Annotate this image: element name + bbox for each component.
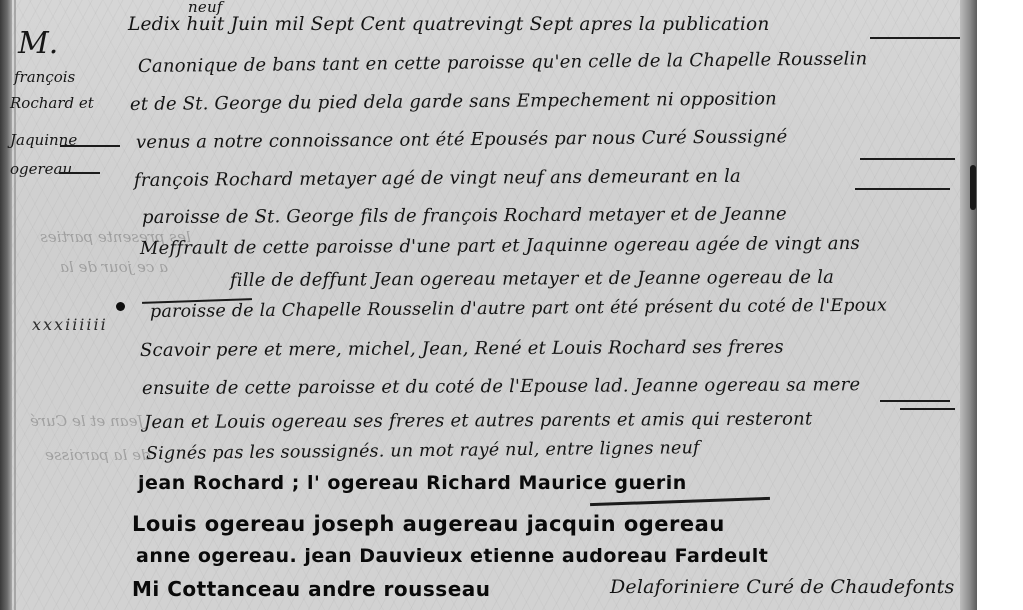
line-end-rule bbox=[870, 37, 960, 39]
register-line-1: Ledix huit Juin mil Sept Cent quatreving… bbox=[128, 14, 770, 35]
bleed-through-text: de la paroisse bbox=[45, 446, 151, 464]
register-line-12: Jean et Louis ogereau ses freres et autr… bbox=[144, 409, 812, 433]
page-binding-edge bbox=[0, 0, 12, 610]
register-line-4: venus a notre connoissance ont été Epous… bbox=[136, 126, 788, 153]
signature-flourish bbox=[590, 497, 770, 506]
margin-entry-letter: M. bbox=[18, 26, 58, 61]
margin-underline bbox=[60, 172, 100, 174]
register-line-6: paroisse de St. George fils de françois … bbox=[142, 204, 787, 228]
register-line-3: et de St. George du pied dela garde sans… bbox=[130, 88, 777, 115]
bleed-through-text: Jean et le Curé bbox=[30, 412, 144, 430]
register-line-8: fille de deffunt Jean ogereau metayer et… bbox=[230, 267, 834, 291]
signature-line-3: anne ogereau. jean Dauvieux etienne audo… bbox=[136, 545, 768, 567]
register-line-5: françois Rochard metayer agé de vingt ne… bbox=[134, 166, 741, 191]
register-line-13: Signés pas les soussignés. un mot rayé n… bbox=[146, 438, 700, 464]
signature-line-5: Delaforiniere Curé de Chaudefonts bbox=[610, 576, 954, 598]
margin-bleed-marks: xxxiiiiii bbox=[32, 315, 108, 334]
bleed-through-text: a ce jour de la bbox=[60, 258, 168, 276]
line-end-rule bbox=[855, 188, 950, 190]
page-right-edge bbox=[960, 0, 977, 610]
margin-name-line: ogereau bbox=[10, 160, 72, 178]
ink-dot bbox=[116, 302, 125, 311]
register-line-11: ensuite de cette paroisse et du coté de … bbox=[142, 374, 860, 399]
register-line-2: Canonique de bans tant en cette paroisse… bbox=[138, 48, 868, 77]
ink-blot bbox=[970, 165, 976, 210]
margin-name-line: françois bbox=[14, 68, 75, 86]
line-end-rule bbox=[900, 408, 955, 410]
register-line-9: paroisse de la Chapelle Rousselin d'autr… bbox=[150, 296, 887, 322]
signature-line-2: Louis ogereau joseph augereau jacquin og… bbox=[132, 512, 725, 536]
signature-line-1: jean Rochard ; l' ogereau Richard Mauric… bbox=[138, 472, 687, 494]
margin-underline bbox=[60, 145, 120, 147]
register-line-10: Scavoir pere et mere, michel, Jean, René… bbox=[140, 337, 784, 361]
scan-white-margin bbox=[977, 0, 1023, 610]
margin-name-line: Rochard et bbox=[10, 94, 94, 112]
signature-line-4: Mi Cottanceau andre rousseau bbox=[132, 577, 491, 601]
register-line-7: Meffrault de cette paroisse d'une part e… bbox=[140, 233, 860, 259]
register-page: les presente parties a ce jour de la Jea… bbox=[0, 0, 977, 610]
line-end-rule bbox=[880, 400, 950, 402]
line-end-rule bbox=[860, 158, 955, 160]
margin-rule bbox=[14, 0, 16, 610]
